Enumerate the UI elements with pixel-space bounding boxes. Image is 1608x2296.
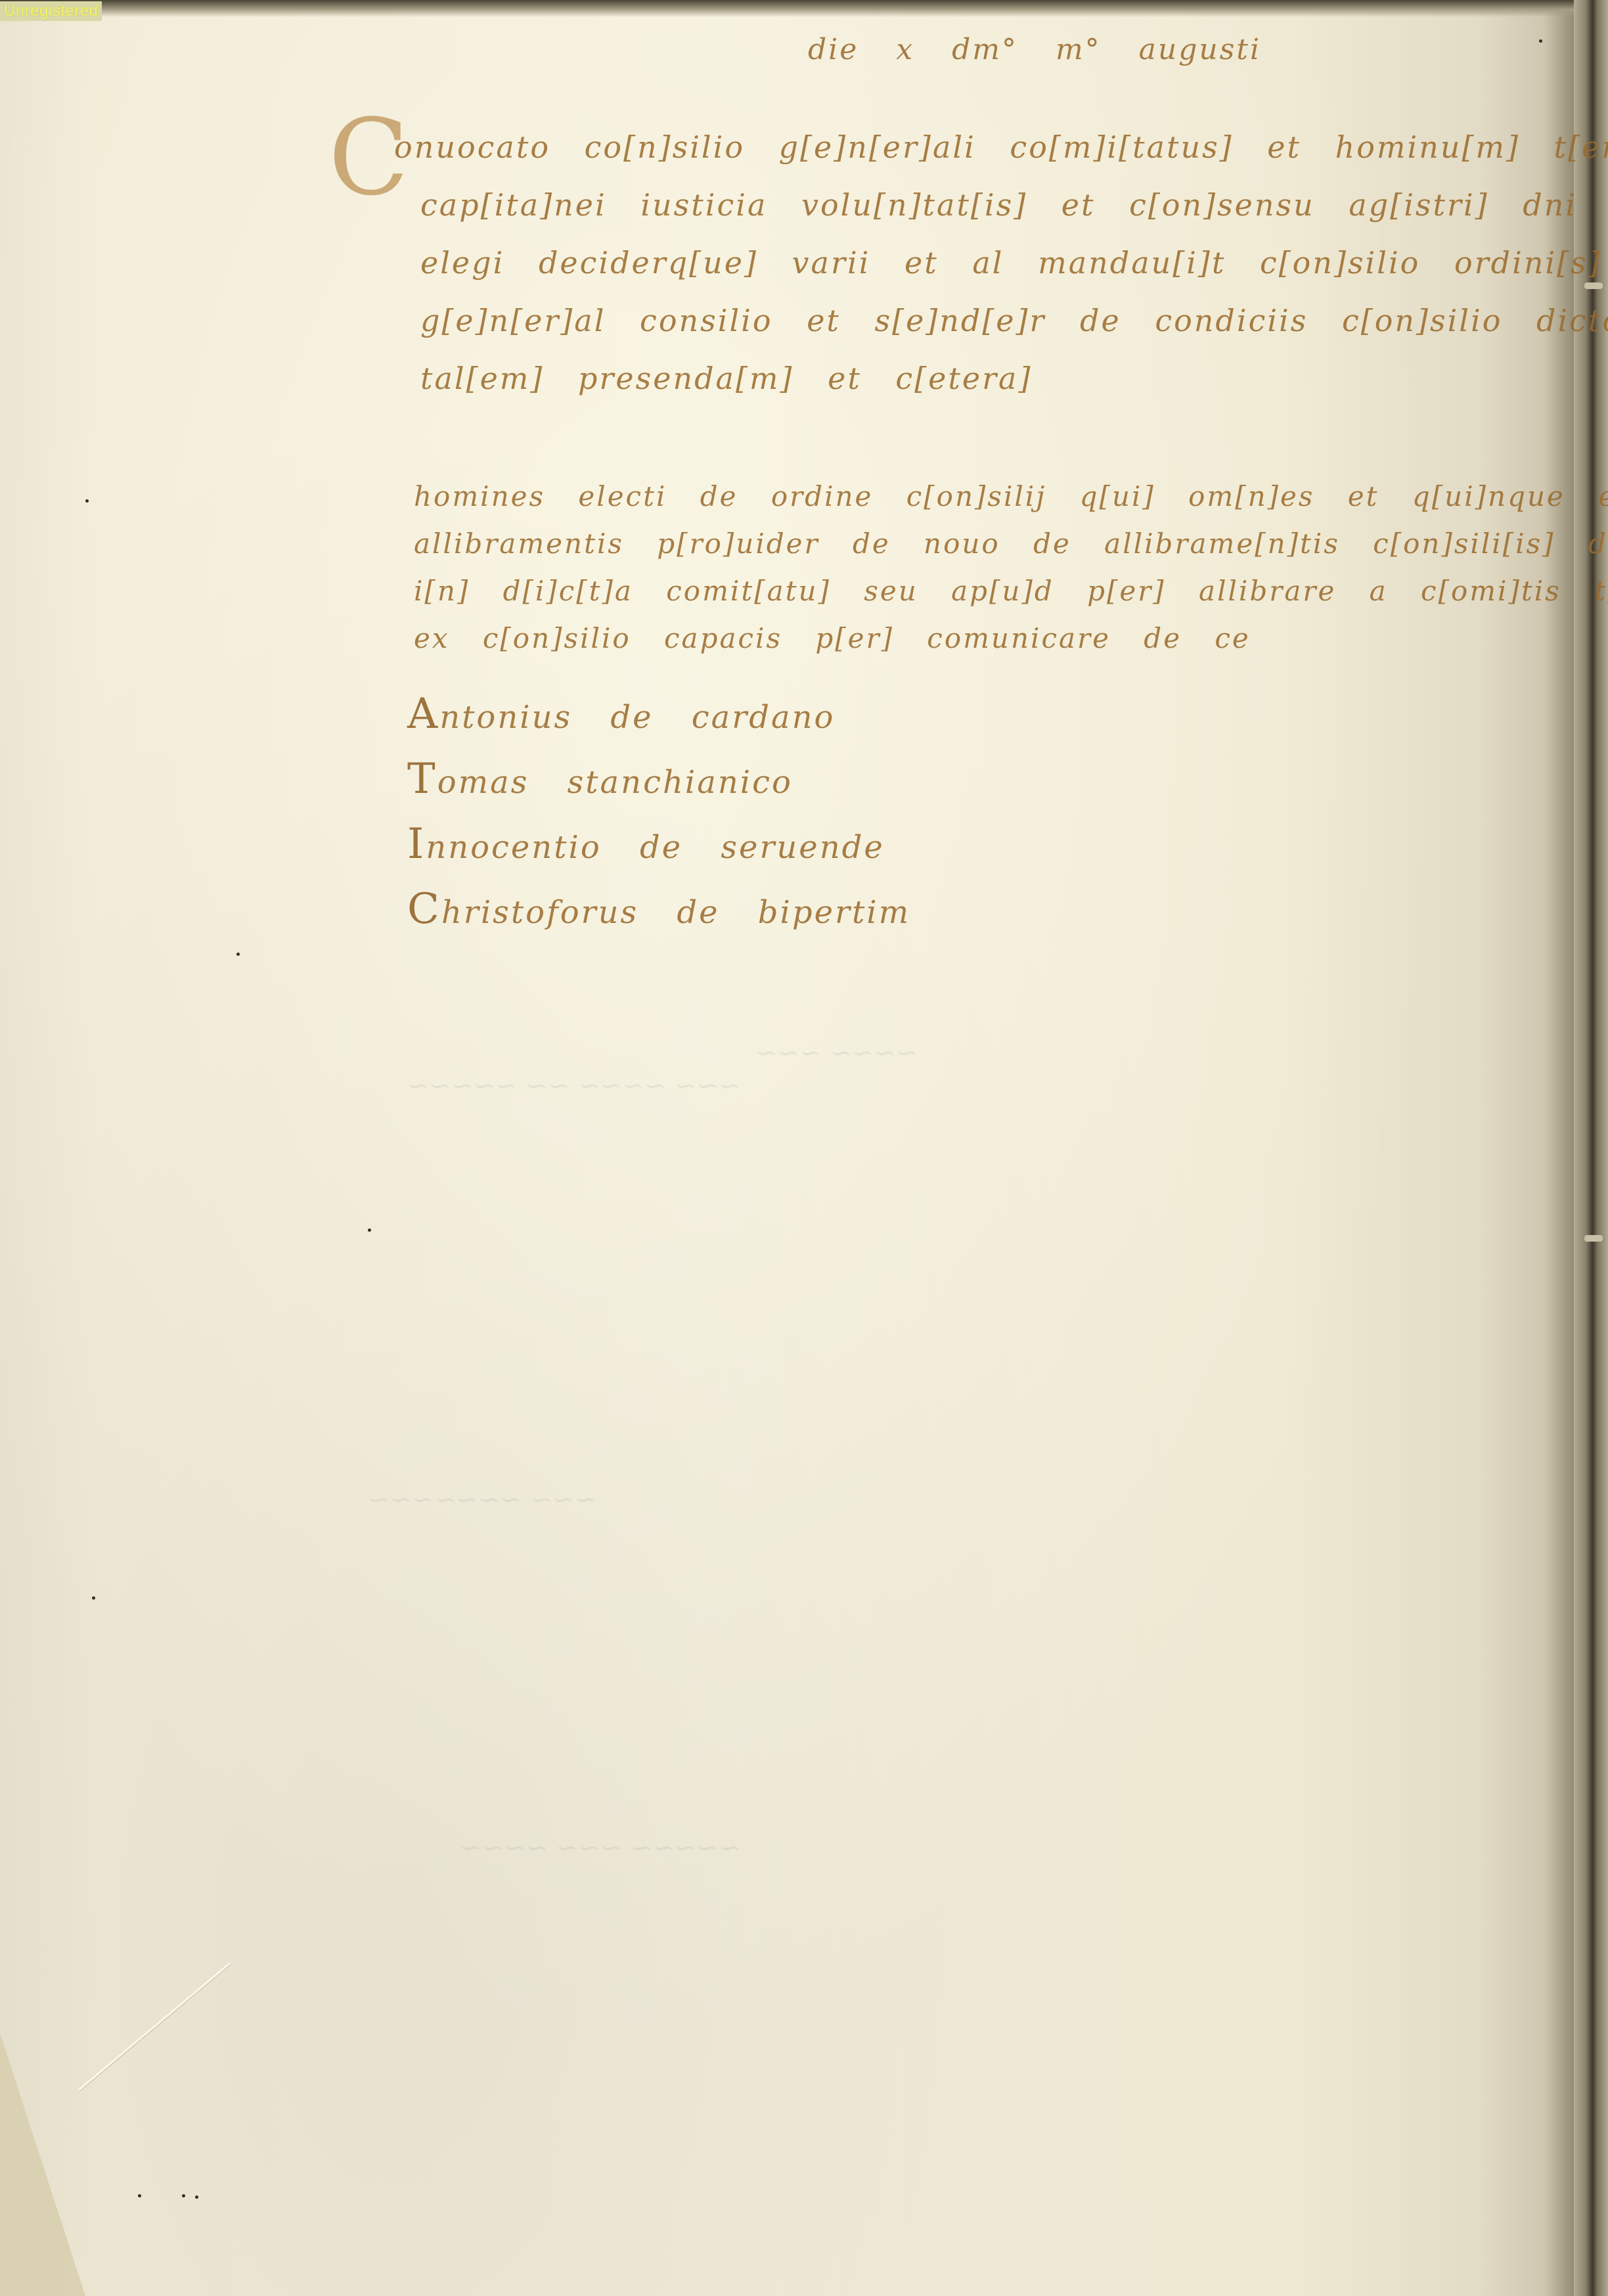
text-line: homines electi de ordine c[on]silij q[ui… (414, 473, 1530, 520)
decorated-initial: C (328, 105, 411, 210)
paper-tear (78, 1963, 231, 2091)
name-initial: T (407, 755, 437, 803)
bleed-through-text: ~~~~ ~~~ (755, 1038, 918, 1068)
bleed-through-text: ~~~~~ ~~~ ~~~~ (460, 1833, 741, 1863)
ink-speck (182, 2194, 185, 2197)
text-line: cap[ita]nei iusticia volu[n]tat[is] et c… (355, 176, 1524, 234)
text-line: onuocato co[n]silio g[e]n[er]ali co[m]i[… (355, 118, 1524, 176)
text-line: g[e]n[er]al consilio et s[e]nd[e]r de co… (355, 292, 1524, 349)
list-item-name: Tomas stanchianico (407, 748, 910, 813)
ink-speck (138, 2194, 141, 2197)
list-item-name: Innocentio de seruende (407, 813, 910, 878)
unregistered-watermark: Unregistered (0, 1, 102, 21)
folded-corner (0, 2033, 85, 2296)
text-line: i[n] d[i]c[t]a comit[atu] seu ap[u]d p[e… (414, 568, 1530, 615)
bleed-through-text: ~~~ ~~~~~~~ (368, 1485, 596, 1515)
ink-speck (368, 1228, 371, 1232)
name-text: nnocentio de seruende (426, 829, 884, 866)
name-text: omas stanchianico (437, 764, 793, 801)
ink-speck (1539, 39, 1542, 43)
binding-stitch (1584, 1235, 1603, 1242)
ink-speck (85, 499, 89, 503)
ink-speck (236, 953, 240, 956)
text-line: tal[em] presenda[m] et c[etera] (355, 349, 1524, 407)
paragraph-convocation: C onuocato co[n]silio g[e]n[er]ali co[m]… (355, 118, 1524, 407)
page-top-edge (0, 0, 1608, 17)
name-text: hristoforus de bipertim (441, 894, 910, 931)
list-of-names: Antonius de cardano Tomas stanchianico I… (407, 683, 910, 943)
paragraph-elected-men: homines electi de ordine c[on]silij q[ui… (414, 473, 1530, 662)
name-initial: I (407, 820, 426, 868)
text-line: ex c[on]silio capacis p[er] comunicare d… (414, 615, 1530, 662)
bleed-through-text: ~~~ ~~~~ ~~ ~~~~~ (407, 1071, 740, 1101)
name-text: ntonius de cardano (439, 699, 835, 736)
name-initial: A (407, 690, 439, 738)
list-item-name: Antonius de cardano (407, 683, 910, 748)
ink-speck (195, 2195, 198, 2199)
text-line: elegi deciderq[ue] varii et al mandau[i]… (355, 234, 1524, 292)
list-item-name: Christoforus de bipertim (407, 878, 910, 943)
manuscript-scan: Unregistered ~~~ ~~~~ ~~ ~~~~~ ~~~~ ~~~ … (0, 0, 1608, 2296)
name-initial: C (407, 885, 441, 934)
ink-speck (92, 1596, 95, 1600)
date-heading: die x dm° m° augusti (808, 33, 1261, 66)
text-line: allibramentis p[ro]uider de nouo de alli… (414, 520, 1530, 568)
